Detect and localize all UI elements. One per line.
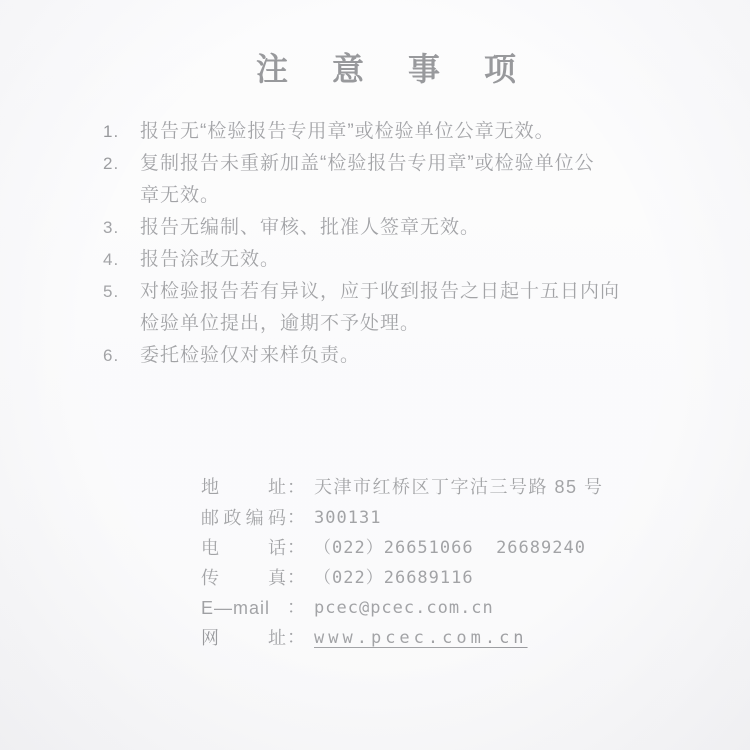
address-label: 地址: [201, 472, 287, 502]
item-text: 报告无“检验报告专用章”或检验单位公章无效。: [140, 116, 652, 148]
notice-item-3: 3. 报告无编制、审核、批准人签章无效。: [103, 212, 652, 244]
label-colon: ：: [287, 622, 306, 652]
email-label: E—mail: [201, 593, 287, 623]
item-number: 3.: [103, 212, 140, 244]
item-text: 对检验报告若有异议，应于收到报告之日起十五日内向 检验单位提出，逾期不予处理。: [140, 276, 652, 340]
website-label: 网址: [201, 623, 287, 653]
item-number: 6.: [103, 340, 140, 372]
email-address: pcec@pcec.com.cn: [314, 598, 494, 618]
notice-item-1: 1. 报告无“检验报告专用章”或检验单位公章无效。: [103, 116, 652, 148]
label-colon: ：: [287, 592, 306, 622]
label-colon: ：: [287, 562, 306, 592]
label-colon: ：: [287, 502, 306, 532]
item-text: 报告涂改无效。: [140, 244, 652, 276]
phone-label: 电话: [201, 533, 287, 563]
fax-value: （022）26689116: [314, 568, 474, 588]
notice-item-6: 6. 委托检验仅对来样负责。: [103, 340, 652, 372]
contact-block: 地址：天津市红桥区丁字沽三号路 85 号 邮政编码：300131 电话：（022…: [0, 442, 750, 622]
phone-value: （022）26651066 26689240: [314, 538, 586, 558]
item-number: 1.: [103, 116, 140, 148]
item-number: 5.: [103, 276, 140, 308]
fax-label: 传真: [201, 563, 287, 593]
notice-item-4: 4. 报告涂改无效。: [103, 244, 652, 276]
item-text: 委托检验仅对来样负责。: [140, 340, 652, 372]
postcode-label: 邮政编码: [201, 503, 287, 533]
label-colon: ：: [287, 472, 306, 502]
page-title: 注 意 事 项: [14, 0, 750, 90]
contact-line-address: 地址：天津市红桥区丁字沽三号路 85 号: [165, 442, 750, 472]
notice-item-2: 2. 复制报告未重新加盖“检验报告专用章”或检验单位公 章无效。: [103, 148, 652, 212]
label-colon: ：: [287, 532, 306, 562]
item-number: 2.: [103, 148, 140, 180]
postcode-value: 300131: [314, 508, 381, 528]
address-value: 天津市红桥区丁字沽三号路 85 号: [314, 477, 604, 497]
website-url: www.pcec.com.cn: [314, 628, 528, 648]
notice-list: 1. 报告无“检验报告专用章”或检验单位公章无效。 2. 复制报告未重新加盖“检…: [0, 116, 750, 372]
item-number: 4.: [103, 244, 140, 276]
item-text: 报告无编制、审核、批准人签章无效。: [140, 212, 652, 244]
item-text: 复制报告未重新加盖“检验报告专用章”或检验单位公 章无效。: [140, 148, 652, 212]
notice-item-5: 5. 对检验报告若有异议，应于收到报告之日起十五日内向 检验单位提出，逾期不予处…: [103, 276, 652, 340]
scanned-document-page: 注 意 事 项 1. 报告无“检验报告专用章”或检验单位公章无效。 2. 复制报…: [0, 0, 750, 750]
